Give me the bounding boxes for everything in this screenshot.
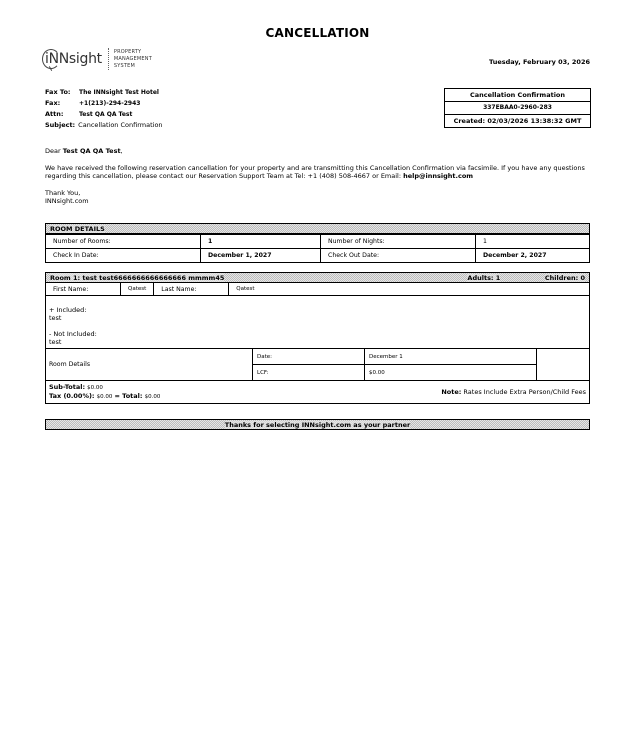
table-row: Check In Date: December 1, 2027 Check Ou… [46,249,590,263]
fax-to-label: Fax To: [45,87,79,98]
table-row: Room Details Date: December 1 [46,349,589,365]
confirmation-created: Created: 02/03/2026 13:38:32 GMT [445,115,590,127]
note-text: Rates Include Extra Person/Child Fees [463,388,586,396]
fax-value: +1(213)-294-2943 [79,98,140,109]
included-value: test [49,314,61,322]
inclusions: + Included:test - Not Included:test [46,296,589,349]
room-rate-table: Room Details Date: December 1 LCF: $0.00 [46,349,589,381]
room-details-table: Number of Rooms: 1 Number of Nights: 1 C… [45,234,590,263]
confirmation-number: 337EBAA0-2960-283 [445,102,590,115]
tax-value: $0.00 [97,394,113,400]
included-label: + Included: [49,306,87,314]
total-value: $0.00 [145,394,161,400]
support-email-link[interactable]: help@innsight.com [403,172,473,180]
fax-to-value: The INNsight Test Hotel [79,87,159,98]
lcf-label: LCF: [253,365,365,381]
logo-tagline: PROPERTY MANAGEMENT SYSTEM [114,49,152,70]
fax-block: Fax To:The INNsight Test Hotel Fax:+1(21… [45,87,163,131]
check-in-label: Check In Date: [46,249,201,263]
signoff: Thank You,INNsight.com [45,189,595,206]
greeting: Dear Test QA QA Test, [45,147,595,156]
letter-paragraph: We have received the following reservati… [45,164,595,181]
subtotal-label: Sub-Total: [49,383,85,391]
footer-section: Thanks for selecting INNsight.com as you… [45,419,590,430]
not-included-value: test [49,338,61,346]
room-1-section: Room 1: test test6666666666666666 mmmm45… [45,272,590,404]
rooms-label: Number of Rooms: [46,235,201,249]
check-out-label: Check Out Date: [321,249,476,263]
first-name-label: First Name: [46,283,121,296]
room-details-label: Room Details [46,349,253,381]
page-title: CANCELLATION [0,26,635,40]
logo-divider [108,48,109,70]
attn-label: Attn: [45,109,79,120]
totals: Sub-Total: $0.00 Tax (0.00%): $0.00 = To… [46,381,589,403]
check-in-value: December 1, 2027 [201,249,321,263]
room-details-heading: ROOM DETAILS [45,223,590,234]
date-label: Date: [253,349,365,365]
fax-label: Fax: [45,98,79,109]
subject-label: Subject: [45,120,75,131]
confirmation-box: Cancellation Confirmation 337EBAA0-2960-… [444,88,591,128]
letter-body: Dear Test QA QA Test, We have received t… [45,147,595,214]
rate-spacer [537,349,590,381]
table-row: First Name: Qatest Last Name: Qatest [46,283,589,296]
date-value: December 1 [365,349,537,365]
room-1-heading: Room 1: test test6666666666666666 mmmm45… [45,272,590,283]
attn-value: Test QA QA Test [79,109,132,120]
room-details-section: ROOM DETAILS Number of Rooms: 1 Number o… [45,223,590,263]
room-1-body: First Name: Qatest Last Name: Qatest + I… [45,283,590,404]
room-title: Room 1: test test6666666666666666 mmmm45 [50,273,224,282]
confirmation-heading: Cancellation Confirmation [445,89,590,102]
greeting-name: Test QA QA Test [63,147,121,155]
guest-name-table: First Name: Qatest Last Name: Qatest [46,283,589,296]
first-name-value: Qatest [121,283,154,296]
subtotal-value: $0.00 [87,385,103,391]
nights-label: Number of Nights: [321,235,476,249]
last-name-value: Qatest [229,283,589,296]
check-out-value: December 2, 2027 [476,249,590,263]
logo-magnifier-icon: iNNsight [45,51,102,67]
not-included-label: - Not Included: [49,330,97,338]
innsight-logo: iNNsight PROPERTY MANAGEMENT SYSTEM [45,47,152,71]
children-count: Children: 0 [545,274,585,282]
lcf-value: $0.00 [365,365,537,381]
document-date: Tuesday, February 03, 2026 [489,58,590,66]
footer-band: Thanks for selecting INNsight.com as you… [45,419,590,430]
total-label: = Total: [114,392,142,400]
rooms-value: 1 [201,235,321,249]
tax-label: Tax (0.00%): [49,392,95,400]
footer-message: Thanks for selecting INNsight.com as you… [225,421,410,429]
table-row: Number of Rooms: 1 Number of Nights: 1 [46,235,590,249]
subject-value: Cancellation Confirmation [78,120,162,131]
nights-value: 1 [476,235,590,249]
last-name-label: Last Name: [154,283,229,296]
note-label: Note: [441,388,461,396]
adults-count: Adults: 1 [467,274,500,282]
